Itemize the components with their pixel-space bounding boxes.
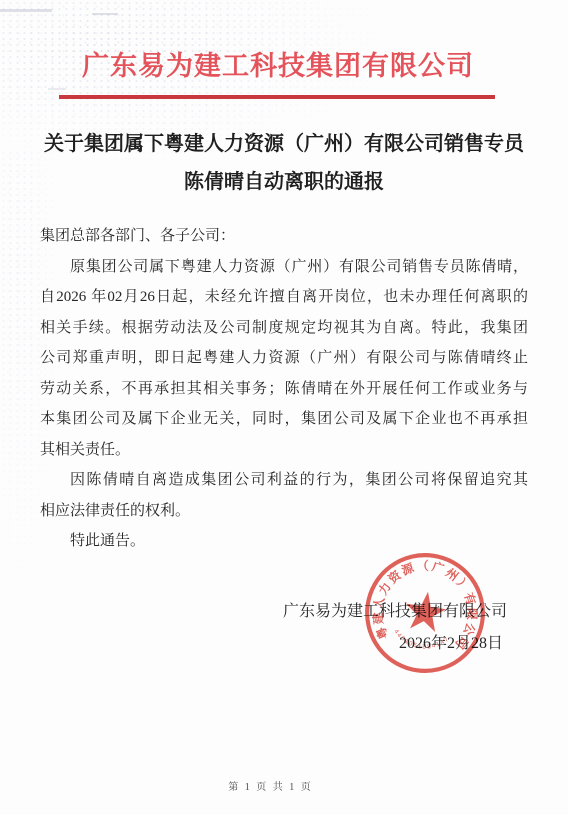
- body-line: 其相关责任。: [40, 435, 528, 466]
- document-title-line-2: 陈倩晴自动离职的通报: [0, 165, 568, 194]
- signature-date: 2026年2月28日: [399, 630, 503, 653]
- body-line: 本集团公司及属下企业无关，同时，集团公司及属下企业也不再承担: [40, 404, 528, 435]
- body-line: 相关手续。根据劳动法及公司制度规定均视其为自离。特此，我集团: [40, 313, 528, 344]
- scan-artifact: [92, 13, 118, 15]
- salutation: 集团总部各部门、各子公司：: [40, 221, 528, 252]
- body-line: 因陈倩晴自离造成集团公司利益的行为，集团公司将保留追究其: [40, 465, 528, 496]
- scan-artifact: [48, 88, 66, 90]
- body-line: 自2026 年02月26日起，未经允许擅自离开岗位，也未办理任何离职的: [40, 282, 528, 313]
- body-line: 劳动关系，不再承担其相关事务；陈倩晴在外开展任何工作或业务与: [40, 374, 528, 405]
- closing-line: 特此通告。: [40, 526, 528, 557]
- page-number: 第 1 页 共 1 页: [0, 778, 541, 793]
- signature-company: 广东易为建工科技集团有限公司: [283, 598, 507, 621]
- scan-artifact: [0, 9, 52, 12]
- body-line: 原集团公司属下粤建人力资源（广州）有限公司销售专员陈倩晴，: [40, 252, 528, 283]
- document-body: 集团总部各部门、各子公司： 原集团公司属下粤建人力资源（广州）有限公司销售专员陈…: [40, 221, 528, 557]
- document-title-line-1: 关于集团属下粤建人力资源（广州）有限公司销售专员: [0, 127, 568, 156]
- company-letterhead: 广东易为建工科技集团有限公司: [0, 44, 556, 83]
- letterhead-divider: [59, 95, 495, 99]
- document-page: 广东易为建工科技集团有限公司 关于集团属下粤建人力资源（广州）有限公司销售专员 …: [0, 0, 568, 815]
- body-line: 相应法律责任的权利。: [40, 496, 528, 527]
- body-line: 公司郑重声明，即日起粤建人力资源（广州）有限公司与陈倩晴终止: [40, 343, 528, 374]
